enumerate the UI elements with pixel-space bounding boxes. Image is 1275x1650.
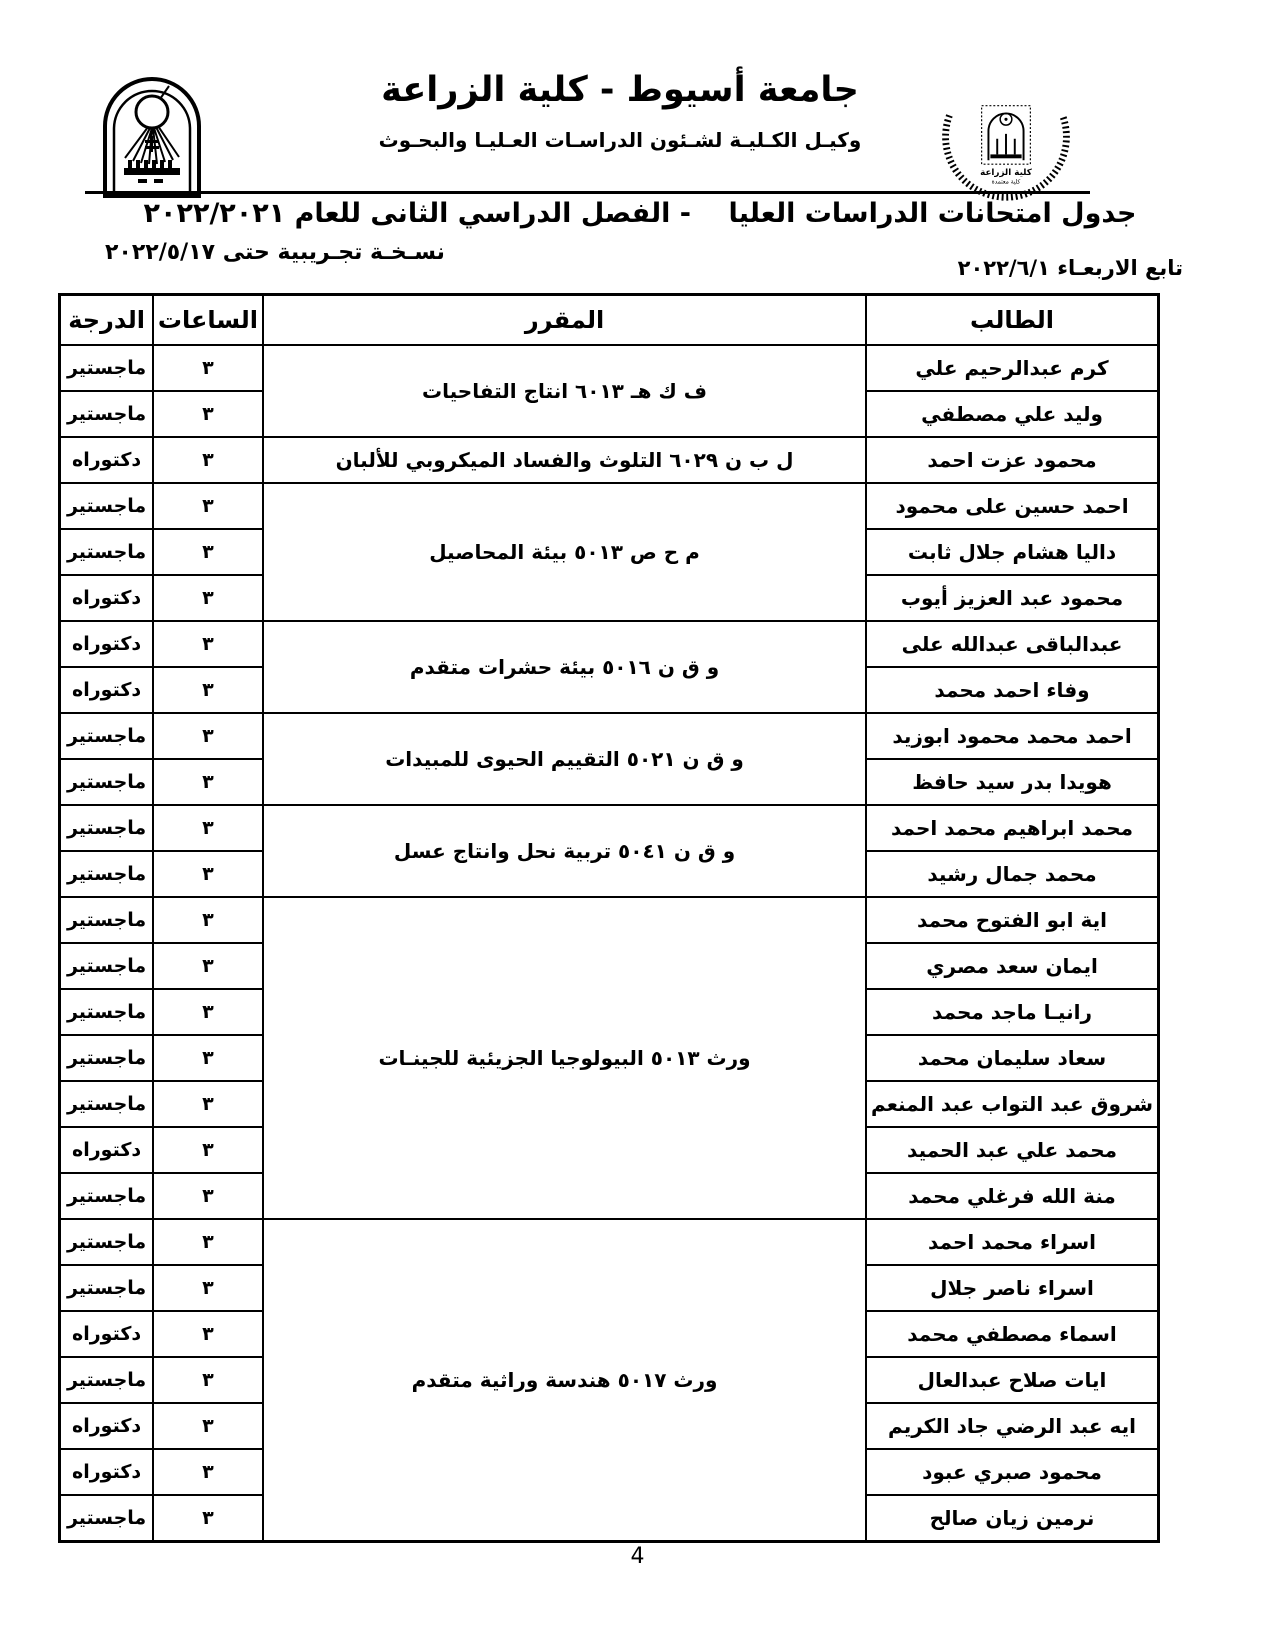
hours-cell: ٣ bbox=[153, 1081, 263, 1127]
student-name-cell: محمود صبري عبود bbox=[866, 1449, 1158, 1495]
hours-cell: ٣ bbox=[153, 713, 263, 759]
hours-cell: ٣ bbox=[153, 805, 263, 851]
degree-cell: ماجستير bbox=[60, 345, 153, 391]
hours-cell: ٣ bbox=[153, 1449, 263, 1495]
student-name-cell: هويدا بدر سيد حافظ bbox=[866, 759, 1158, 805]
table-row: محمد ابراهيم محمد احمدو ق ن ٥٠٤١ تربية ن… bbox=[60, 805, 1159, 851]
hours-cell: ٣ bbox=[153, 1311, 263, 1357]
degree-cell: ماجستير bbox=[60, 1495, 153, 1542]
hours-cell: ٣ bbox=[153, 851, 263, 897]
degree-cell: ماجستير bbox=[60, 1173, 153, 1219]
student-name-cell: اسراء محمد احمد bbox=[866, 1219, 1158, 1265]
student-name-cell: ايات صلاح عبدالعال bbox=[866, 1357, 1158, 1403]
assiut-university-emblem-logo bbox=[98, 72, 206, 200]
degree-cell: دكتوراه bbox=[60, 1127, 153, 1173]
degree-cell: ماجستير bbox=[60, 1219, 153, 1265]
degree-cell: ماجستير bbox=[60, 851, 153, 897]
course-cell: ورث ٥٠١٣ البيولوجيا الجزيئية للجينـات bbox=[263, 897, 866, 1219]
course-cell: ورث ٥٠١٧ هندسة وراثية متقدم bbox=[263, 1219, 866, 1542]
degree-cell: دكتوراه bbox=[60, 437, 153, 483]
student-name-cell: داليا هشام جلال ثابت bbox=[866, 529, 1158, 575]
seal-center-sublabel: كلية معتمدة bbox=[992, 179, 1021, 186]
degree-cell: ماجستير bbox=[60, 989, 153, 1035]
student-name-cell: محمد ابراهيم محمد احمد bbox=[866, 805, 1158, 851]
student-name-cell: وليد علي مصطفي bbox=[866, 391, 1158, 437]
course-cell: ل ب ن ٦٠٢٩ التلوث والفساد الميكروبي للأل… bbox=[263, 437, 866, 483]
student-name-cell: وفاء احمد محمد bbox=[866, 667, 1158, 713]
degree-cell: ماجستير bbox=[60, 1265, 153, 1311]
course-cell: و ق ن ٥٠٤١ تربية نحل وانتاج عسل bbox=[263, 805, 866, 897]
student-name-cell: سعاد سليمان محمد bbox=[866, 1035, 1158, 1081]
university-subtitle: وكيـل الكـليـة لشـئون الدراسـات العـليـا… bbox=[230, 128, 1010, 152]
student-name-cell: ايه عبد الرضي جاد الكريم bbox=[866, 1403, 1158, 1449]
hours-cell: ٣ bbox=[153, 1357, 263, 1403]
degree-cell: دكتوراه bbox=[60, 1403, 153, 1449]
student-name-cell: اسماء مصطفي محمد bbox=[866, 1311, 1158, 1357]
table-row: عبدالباقى عبدالله علىو ق ن ٥٠١٦ بيئة حشر… bbox=[60, 621, 1159, 667]
student-name-cell: ايمان سعد مصري bbox=[866, 943, 1158, 989]
degree-cell: ماجستير bbox=[60, 759, 153, 805]
degree-cell: ماجستير bbox=[60, 713, 153, 759]
hours-cell: ٣ bbox=[153, 989, 263, 1035]
student-name-cell: محمود عزت احمد bbox=[866, 437, 1158, 483]
student-name-cell: اسراء ناصر جلال bbox=[866, 1265, 1158, 1311]
hours-cell: ٣ bbox=[153, 1403, 263, 1449]
hours-cell: ٣ bbox=[153, 437, 263, 483]
hours-cell: ٣ bbox=[153, 897, 263, 943]
degree-cell: ماجستير bbox=[60, 391, 153, 437]
hours-cell: ٣ bbox=[153, 759, 263, 805]
table-row: اية ابو الفتوح محمدورث ٥٠١٣ البيولوجيا ا… bbox=[60, 897, 1159, 943]
degree-cell: ماجستير bbox=[60, 897, 153, 943]
student-name-cell: محمد علي عبد الحميد bbox=[866, 1127, 1158, 1173]
hours-cell: ٣ bbox=[153, 1035, 263, 1081]
table-row: محمود عزت احمدل ب ن ٦٠٢٩ التلوث والفساد … bbox=[60, 437, 1159, 483]
table-row: احمد محمد محمود ابوزيدو ق ن ٥٠٢١ التقييم… bbox=[60, 713, 1159, 759]
student-name-cell: منة الله فرغلي محمد bbox=[866, 1173, 1158, 1219]
seal-center-label: كلية الزراعة bbox=[980, 168, 1033, 178]
course-column-header: المقرر bbox=[263, 295, 866, 346]
document-title: جدول امتحانات الدراسات العليا - الفصل ال… bbox=[100, 198, 1180, 229]
degree-cell: دكتوراه bbox=[60, 575, 153, 621]
student-column-header: الطالب bbox=[866, 295, 1158, 346]
hours-cell: ٣ bbox=[153, 667, 263, 713]
degree-cell: دكتوراه bbox=[60, 621, 153, 667]
page-number: 4 bbox=[0, 1544, 1275, 1569]
course-cell: ف ك هـ ٦٠١٣ انتاج التفاحيات bbox=[263, 345, 866, 437]
degree-cell: ماجستير bbox=[60, 529, 153, 575]
hours-cell: ٣ bbox=[153, 345, 263, 391]
exam-table-body: كرم عبدالرحيم عليف ك هـ ٦٠١٣ انتاج التفا… bbox=[60, 345, 1159, 1542]
course-cell: م ح ص ٥٠١٣ بيئة المحاصيل bbox=[263, 483, 866, 621]
degree-cell: ماجستير bbox=[60, 1357, 153, 1403]
degree-cell: دكتوراه bbox=[60, 1449, 153, 1495]
student-name-cell: رانيـا ماجد محمد bbox=[866, 989, 1158, 1035]
student-name-cell: محمود عبد العزيز أيوب bbox=[866, 575, 1158, 621]
university-title: جامعة أسيوط - كلية الزراعة bbox=[230, 70, 1010, 110]
table-row: احمد حسين على محمودم ح ص ٥٠١٣ بيئة المحا… bbox=[60, 483, 1159, 529]
student-name-cell: شروق عبد التواب عبد المنعم bbox=[866, 1081, 1158, 1127]
hours-cell: ٣ bbox=[153, 391, 263, 437]
hours-cell: ٣ bbox=[153, 529, 263, 575]
hours-cell: ٣ bbox=[153, 621, 263, 667]
table-row: كرم عبدالرحيم عليف ك هـ ٦٠١٣ انتاج التفا… bbox=[60, 345, 1159, 391]
seal-ring-text: ASSIUT UNIVERSITY FACULTY OF AGRICULTURE bbox=[928, 56, 932, 59]
table-row: اسراء محمد احمدورث ٥٠١٧ هندسة وراثية متق… bbox=[60, 1219, 1159, 1265]
header-divider-line bbox=[85, 191, 1090, 194]
hours-cell: ٣ bbox=[153, 575, 263, 621]
hours-cell: ٣ bbox=[153, 1173, 263, 1219]
student-name-cell: احمد محمد محمود ابوزيد bbox=[866, 713, 1158, 759]
degree-cell: ماجستير bbox=[60, 1081, 153, 1127]
hours-cell: ٣ bbox=[153, 1495, 263, 1542]
degree-cell: ماجستير bbox=[60, 805, 153, 851]
degree-cell: ماجستير bbox=[60, 1035, 153, 1081]
hours-cell: ٣ bbox=[153, 1127, 263, 1173]
course-cell: و ق ن ٥٠١٦ بيئة حشرات متقدم bbox=[263, 621, 866, 713]
student-name-cell: كرم عبدالرحيم علي bbox=[866, 345, 1158, 391]
student-name-cell: احمد حسين على محمود bbox=[866, 483, 1158, 529]
hours-cell: ٣ bbox=[153, 1219, 263, 1265]
document-page: ASSIUT UNIVERSITY FACULTY OF AGRICULTURE… bbox=[0, 0, 1275, 1650]
student-name-cell: عبدالباقى عبدالله على bbox=[866, 621, 1158, 667]
hours-column-header: الساعات bbox=[153, 295, 263, 346]
date-continuation-note: تابع الاربعـاء ٢٠٢٢/٦/١ bbox=[958, 256, 1183, 280]
trial-version-note: نسـخـة تجـريبية حتى ٢٠٢٢/٥/١٧ bbox=[105, 240, 525, 265]
degree-cell: دكتوراه bbox=[60, 667, 153, 713]
exam-schedule-table: الطالب المقرر الساعات الدرجة كرم عبدالرح… bbox=[58, 293, 1160, 1543]
degree-cell: دكتوراه bbox=[60, 1311, 153, 1357]
hours-cell: ٣ bbox=[153, 943, 263, 989]
course-cell: و ق ن ٥٠٢١ التقييم الحيوى للمبيدات bbox=[263, 713, 866, 805]
hours-cell: ٣ bbox=[153, 1265, 263, 1311]
degree-cell: ماجستير bbox=[60, 483, 153, 529]
student-name-cell: محمد جمال رشيد bbox=[866, 851, 1158, 897]
degree-column-header: الدرجة bbox=[60, 295, 153, 346]
student-name-cell: اية ابو الفتوح محمد bbox=[866, 897, 1158, 943]
student-name-cell: نرمين زيان صالح bbox=[866, 1495, 1158, 1542]
degree-cell: ماجستير bbox=[60, 943, 153, 989]
seal-bottom-ring-text: معتمدة من الهيئة القومية لضمان جودة التع… bbox=[928, 56, 931, 59]
table-header-row: الطالب المقرر الساعات الدرجة bbox=[60, 295, 1159, 346]
hours-cell: ٣ bbox=[153, 483, 263, 529]
